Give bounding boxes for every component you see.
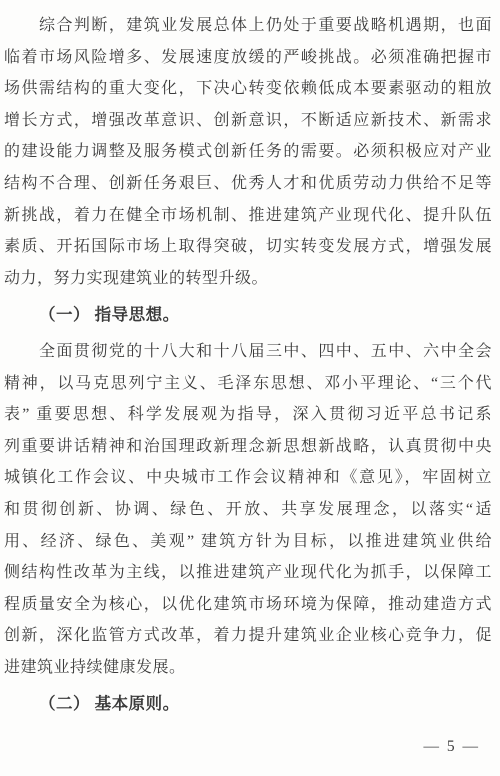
document-page: 综合判断，建筑业发展总体上仍处于重要战略机遇期，也面 临着市场风险增多、发展速度… <box>0 0 500 776</box>
text-line: 表” 重要思想、科学发展观为指导，深入贯彻习近平总书记系 <box>4 399 492 431</box>
text-line: 创新，深化监管方式改革，着力提升建筑业企业核心竞争力，促 <box>4 620 492 652</box>
text-line: 综合判断，建筑业发展总体上仍处于重要战略机遇期，也面 <box>4 10 492 42</box>
text-line: 城镇化工作会议、中央城市工作会议精神和《意见》，牢固树立 <box>4 462 492 494</box>
text-line: 列重要讲话精神和治国理政新理念新思想新战略，认真贯彻中央 <box>4 431 492 463</box>
text-line: 增长方式，增强改革意识、创新意识，不断适应新技术、新需求 <box>4 105 492 137</box>
text-line: 侧结构性改革为主线，以推进建筑产业现代化为抓手，以保障工 <box>4 557 492 589</box>
section-heading-guiding-ideology: （一） 指导思想。 <box>4 299 492 331</box>
text-line: 和贯彻创新、协调、绿色、开放、共享发展理念，以落实“适 <box>4 494 492 526</box>
text-line: 素质、开拓国际市场上取得突破，切实转变发展方式，增强发展 <box>4 231 492 263</box>
document-body: 综合判断，建筑业发展总体上仍处于重要战略机遇期，也面 临着市场风险增多、发展速度… <box>4 10 492 725</box>
page-number: — 5 — <box>424 738 481 756</box>
text-line: 新挑战，着力在健全市场机制、推进建筑产业现代化、提升队伍 <box>4 200 492 232</box>
section-heading-basic-principles: （二） 基本原则。 <box>4 688 492 720</box>
text-line: 动力，努力实现建筑业的转型升级。 <box>4 263 492 295</box>
text-line: 程质量安全为核心，以优化建筑市场环境为保障，推动建造方式 <box>4 589 492 621</box>
text-line: 全面贯彻党的十八大和十八届三中、四中、五中、六中全会 <box>4 336 492 368</box>
text-line: 结构不合理、创新任务艰巨、优秀人才和优质劳动力供给不足等 <box>4 168 492 200</box>
text-line: 进建筑业持续健康发展。 <box>4 652 492 684</box>
text-line: 的建设能力调整及服务模式创新任务的需要。必须积极应对产业 <box>4 136 492 168</box>
text-line: 临着市场风险增多、发展速度放缓的严峻挑战。必须准确把握市 <box>4 42 492 74</box>
text-line: 用、经济、绿色、美观” 建筑方针为目标，以推进建筑业供给 <box>4 526 492 558</box>
text-line: 场供需结构的重大变化，下决心转变依赖低成本要素驱动的粗放 <box>4 73 492 105</box>
text-line: 精神，以马克思列宁主义、毛泽东思想、邓小平理论、“三个代 <box>4 368 492 400</box>
